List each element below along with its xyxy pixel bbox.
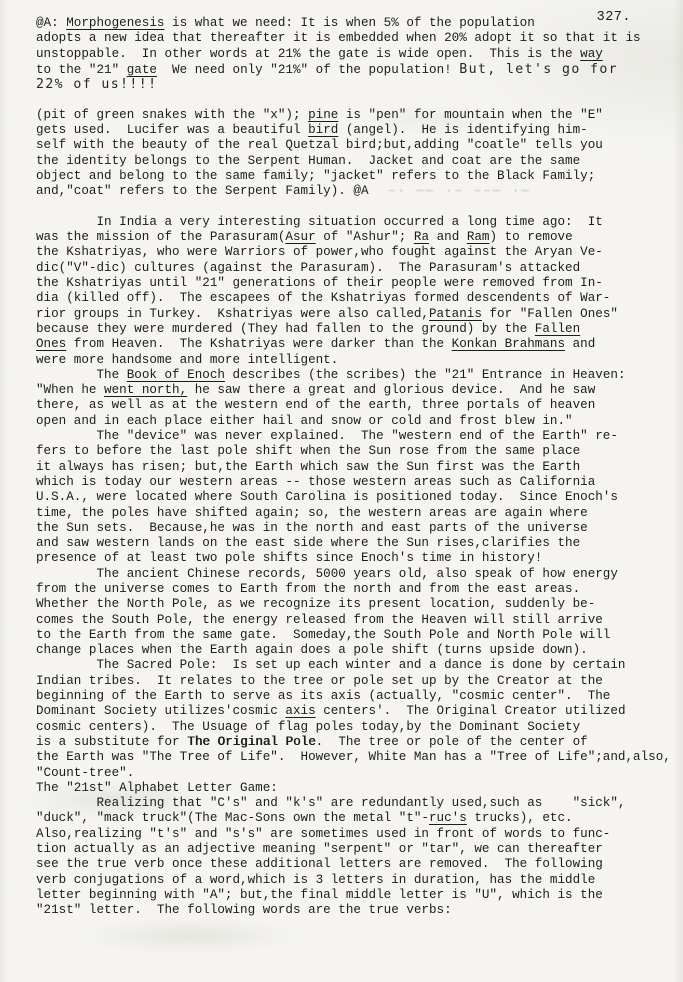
text-line: self with the beauty of the real Quetzal… <box>36 138 683 153</box>
text-segment: of "Ashur"; <box>316 230 414 244</box>
text-line: from the universe comes to Earth from th… <box>36 582 683 597</box>
text-segment: Dominant Society utilizes'cosmic <box>36 704 285 718</box>
text-segment: dia (killed off). The escapees of the Ks… <box>36 291 610 305</box>
text-segment: "21st" letter. The following words are t… <box>36 903 452 917</box>
text-segment: We need only "21%" of the population! <box>157 63 459 77</box>
text-segment: fers to before the last pole shift when … <box>36 444 580 458</box>
text-line: Whether the North Pole, as we recognize … <box>36 597 683 612</box>
text-line: to the "21" gate We need only "21%" of t… <box>36 62 683 77</box>
text-segment: self with the beauty of the real Quetzal… <box>36 138 603 152</box>
text-segment: was the mission of the Parasuram( <box>36 230 285 244</box>
text-segment: dic("V"-dic) cultures (against the Paras… <box>36 261 580 275</box>
text-segment: is what we need: It is when 5% of the po… <box>164 16 534 30</box>
underlined-text: Asur <box>285 230 315 244</box>
text-segment: "When he <box>36 383 104 397</box>
underlined-text: Konkan Brahmans <box>452 337 565 351</box>
text-line: the Sun sets. Because,he was in the nort… <box>36 521 683 536</box>
text-line: The "21st" Alphabet Letter Game: <box>36 781 683 796</box>
text-segment: open and in each place either hail and s… <box>36 414 573 428</box>
text-segment: from Heaven. The Kshatriyas were darker … <box>66 337 451 351</box>
text-segment: ) to remove <box>490 230 573 244</box>
text-segment: to the Earth from the same gate. Someday… <box>36 628 610 642</box>
text-line: dia (killed off). The escapees of the Ks… <box>36 291 683 306</box>
text-segment: gets used. Lucifer was a beautiful <box>36 123 308 137</box>
erased-text-smudge: –· —— ·– ––— ·— <box>369 184 531 198</box>
text-line: adopts a new idea that thereafter it is … <box>36 31 683 46</box>
blank-line <box>36 200 683 215</box>
text-segment: tion actually as an adjective meaning "s… <box>36 842 603 856</box>
text-line: presence of at least two pole shifts sin… <box>36 551 683 566</box>
text-line: U.S.A., were located where South Carolin… <box>36 490 683 505</box>
text-segment: adopts a new idea that thereafter it is … <box>36 31 641 45</box>
text-line: were more handsome and more intelligent. <box>36 353 683 368</box>
text-segment: from the universe comes to Earth from th… <box>36 582 580 596</box>
underlined-text: Fallen <box>535 322 580 336</box>
text-line: letter beginning with "A"; but,the final… <box>36 888 683 903</box>
text-line: In India a very interesting situation oc… <box>36 215 683 230</box>
text-line: The Book of Enoch describes (the scribes… <box>36 368 683 383</box>
text-segment: The Original Pole <box>187 735 315 749</box>
text-segment: change places when the Earth again does … <box>36 643 588 657</box>
text-segment: object and belong to the same family; "j… <box>36 169 595 183</box>
text-line: to the Earth from the same gate. Someday… <box>36 628 683 643</box>
text-segment: and <box>429 230 467 244</box>
text-segment: to the "21" <box>36 63 127 77</box>
text-line: Also,realizing "t's" and "s's" are somet… <box>36 827 683 842</box>
text-line: change places when the Earth again does … <box>36 643 683 658</box>
text-segment: @A: <box>36 16 66 30</box>
text-line: (pit of green snakes with the "x"); pine… <box>36 108 683 123</box>
text-line: Indian tribes. It relates to the tree or… <box>36 674 683 689</box>
text-segment: Whether the North Pole, as we recognize … <box>36 597 595 611</box>
text-segment: . The tree or pole of the center of <box>316 735 588 749</box>
text-segment: The <box>36 368 127 382</box>
text-segment: Also,realizing "t's" and "s's" are somet… <box>36 827 610 841</box>
text-segment: In India a very interesting situation oc… <box>36 215 603 229</box>
text-segment: and <box>565 337 595 351</box>
text-line: and,"coat" refers to the Serpent Family)… <box>36 184 683 199</box>
text-line: "21st" letter. The following words are t… <box>36 903 683 918</box>
text-line: and saw western lands on the east side w… <box>36 536 683 551</box>
underlined-text: axis <box>285 704 315 718</box>
text-segment: 22% of us!!!! <box>36 77 157 92</box>
text-segment: because they were murdered (They had fal… <box>36 322 535 336</box>
blank-line <box>36 92 683 107</box>
text-segment: for "Fallen Ones" <box>482 307 618 321</box>
text-segment: The Sacred Pole: Is set up each winter a… <box>36 658 625 672</box>
text-segment: and saw western lands on the east side w… <box>36 536 580 550</box>
text-segment: trucks), etc. <box>467 811 573 825</box>
text-line: object and belong to the same family; "j… <box>36 169 683 184</box>
text-segment: the Kshatriyas, who were Warriors of pow… <box>36 245 603 259</box>
text-segment: he saw there a great and glorious device… <box>187 383 595 397</box>
text-segment: the identity belongs to the Serpent Huma… <box>36 154 580 168</box>
text-segment: U.S.A., were located where South Carolin… <box>36 490 618 504</box>
underlined-text: Ram <box>467 230 490 244</box>
text-line: because they were murdered (They had fal… <box>36 322 683 337</box>
text-line: "duck", "mack truck"(The Mac-Sons own th… <box>36 811 683 826</box>
text-line: open and in each place either hail and s… <box>36 414 683 429</box>
text-segment: there, as well as at the western end of … <box>36 398 595 412</box>
underlined-text: ruc's <box>429 811 467 825</box>
text-line: dic("V"-dic) cultures (against the Paras… <box>36 261 683 276</box>
text-segment: presence of at least two pole shifts sin… <box>36 551 542 565</box>
text-line: beginning of the Earth to serve as its a… <box>36 689 683 704</box>
text-segment: were more handsome and more intelligent. <box>36 353 338 367</box>
text-segment: is a substitute for <box>36 735 187 749</box>
text-line: The "device" was never explained. The "w… <box>36 429 683 444</box>
underlined-text: Ra <box>414 230 429 244</box>
text-segment: the Kshatriyas until "21" generations of… <box>36 276 603 290</box>
text-segment: the Earth was "The Tree of Life". Howeve… <box>36 750 671 764</box>
text-segment: is "pen" for mountain when the "E" <box>338 108 603 122</box>
text-line: fers to before the last pole shift when … <box>36 444 683 459</box>
text-segment: centers'. The Original Creator utilized <box>316 704 626 718</box>
text-segment: "duck", "mack truck"(The Mac-Sons own th… <box>36 811 429 825</box>
text-line: was the mission of the Parasuram(Asur of… <box>36 230 683 245</box>
text-line: comes the South Pole, the energy release… <box>36 613 683 628</box>
text-segment: The "21st" Alphabet Letter Game: <box>36 781 278 795</box>
text-segment: Realizing that "C's" and "k's" are redun… <box>36 796 625 810</box>
text-line: cosmic centers). The Usuage of flag pole… <box>36 720 683 735</box>
underlined-text: Morphogenesis <box>66 16 164 30</box>
underlined-text: gate <box>127 63 157 77</box>
text-segment: rior groups in Turkey. Kshatriyas were a… <box>36 307 429 321</box>
text-line: unstoppable. In other words at 21% the g… <box>36 47 683 62</box>
text-line: @A: Morphogenesis is what we need: It is… <box>36 16 683 31</box>
text-segment: unstoppable. In other words at 21% the g… <box>36 47 580 61</box>
text-segment: But, let's go for <box>459 62 618 77</box>
scanned-document-page: 327. @A: Morphogenesis is what we need: … <box>0 0 683 982</box>
text-line: The ancient Chinese records, 5000 years … <box>36 567 683 582</box>
text-segment: beginning of the Earth to serve as its a… <box>36 689 610 703</box>
underlined-text: went north, <box>104 383 187 397</box>
text-line: gets used. Lucifer was a beautiful bird … <box>36 123 683 138</box>
text-segment: verb conjugations of a word,which is 3 l… <box>36 873 595 887</box>
text-line: time, the poles have shifted again; so, … <box>36 506 683 521</box>
text-line: it always has risen; but,the Earth which… <box>36 460 683 475</box>
underlined-text: way <box>580 47 603 61</box>
text-segment: (angel). He is identifying him- <box>338 123 587 137</box>
text-segment: letter beginning with "A"; but,the final… <box>36 888 603 902</box>
text-segment: cosmic centers). The Usuage of flag pole… <box>36 720 580 734</box>
text-segment: the Sun sets. Because,he was in the nort… <box>36 521 588 535</box>
text-segment: The ancient Chinese records, 5000 years … <box>36 567 618 581</box>
text-line: the Kshatriyas, who were Warriors of pow… <box>36 245 683 260</box>
text-segment: it always has risen; but,the Earth which… <box>36 460 580 474</box>
text-line: tion actually as an adjective meaning "s… <box>36 842 683 857</box>
text-line: the Earth was "The Tree of Life". Howeve… <box>36 750 683 765</box>
underlined-text: Book of Enoch <box>127 368 225 382</box>
document-text: @A: Morphogenesis is what we need: It is… <box>36 16 683 919</box>
text-line: Ones from Heaven. The Kshatriyas were da… <box>36 337 683 352</box>
text-segment: The "device" was never explained. The "w… <box>36 429 618 443</box>
text-line: the identity belongs to the Serpent Huma… <box>36 154 683 169</box>
underlined-text: bird <box>308 123 338 137</box>
text-line: rior groups in Turkey. Kshatriyas were a… <box>36 307 683 322</box>
text-line: "Count-tree". <box>36 766 683 781</box>
text-line: verb conjugations of a word,which is 3 l… <box>36 873 683 888</box>
text-line: there, as well as at the western end of … <box>36 398 683 413</box>
text-segment: time, the poles have shifted again; so, … <box>36 506 588 520</box>
text-line: which is today our western areas -- thos… <box>36 475 683 490</box>
text-segment: which is today our western areas -- thos… <box>36 475 595 489</box>
text-line: the Kshatriyas until "21" generations of… <box>36 276 683 291</box>
text-segment: and,"coat" refers to the Serpent Family)… <box>36 184 369 198</box>
text-line: see the true verb once these additional … <box>36 857 683 872</box>
underlined-text: Ones <box>36 337 66 351</box>
text-segment: Indian tribes. It relates to the tree or… <box>36 674 603 688</box>
underlined-text: pine <box>308 108 338 122</box>
text-segment: see the true verb once these additional … <box>36 857 603 871</box>
text-line: Realizing that "C's" and "k's" are redun… <box>36 796 683 811</box>
text-segment: describes (the scribes) the "21" Entranc… <box>225 368 626 382</box>
text-segment: comes the South Pole, the energy release… <box>36 613 603 627</box>
underlined-text: Patanis <box>429 307 482 321</box>
text-line: "When he went north, he saw there a grea… <box>36 383 683 398</box>
text-line: The Sacred Pole: Is set up each winter a… <box>36 658 683 673</box>
text-segment: "Count-tree". <box>36 766 134 780</box>
text-line: is a substitute for The Original Pole. T… <box>36 735 683 750</box>
text-line: Dominant Society utilizes'cosmic axis ce… <box>36 704 683 719</box>
text-segment: (pit of green snakes with the "x"); <box>36 108 308 122</box>
text-line: 22% of us!!!! <box>36 77 683 92</box>
